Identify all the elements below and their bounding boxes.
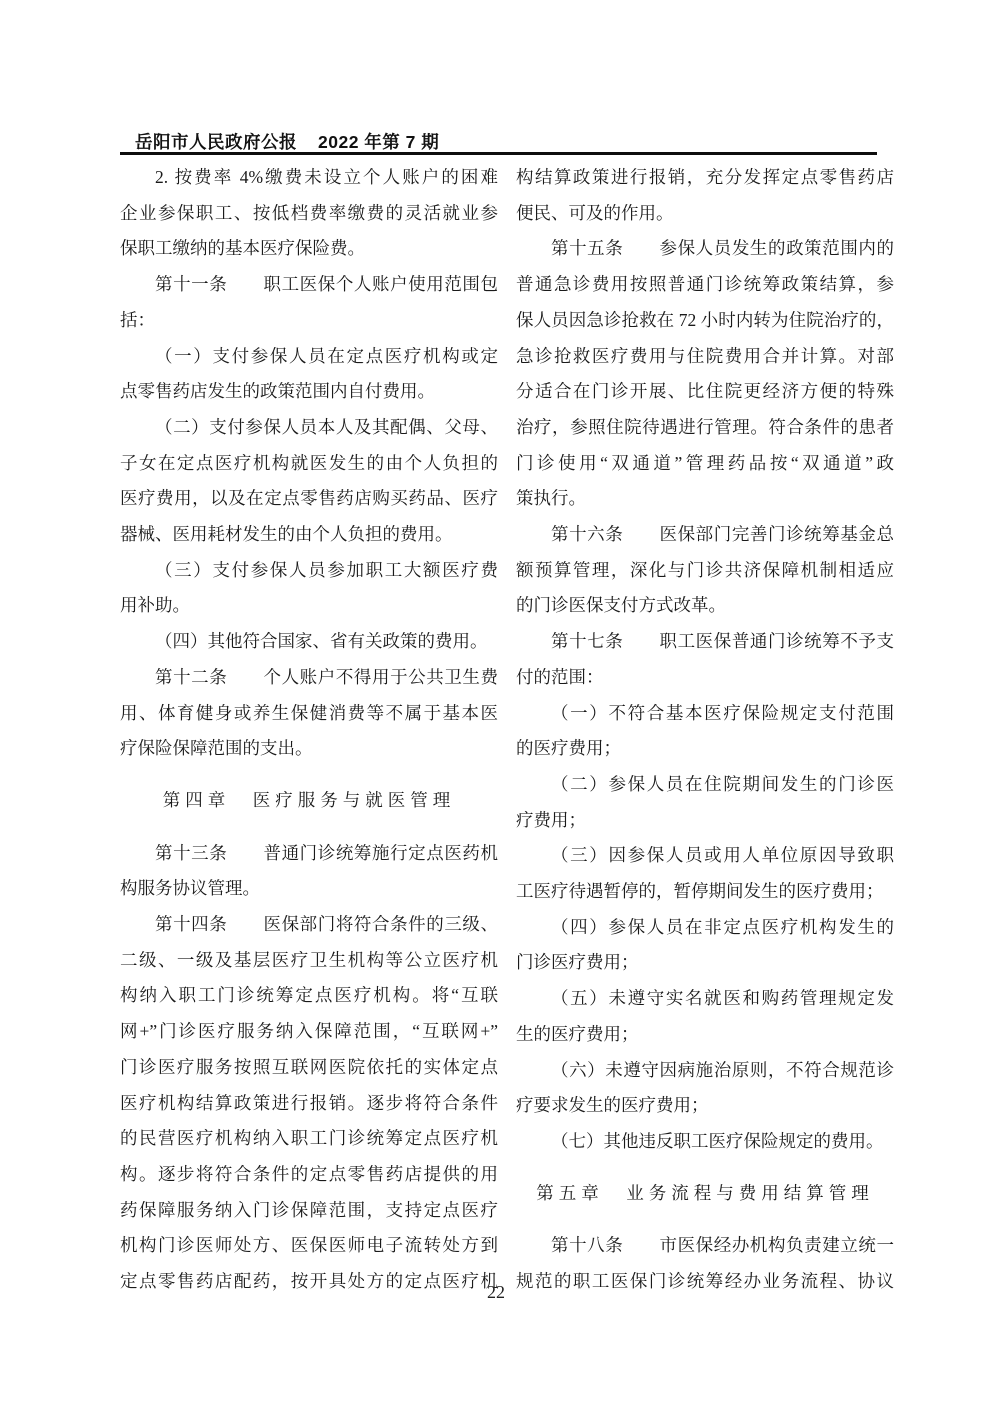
text-line: （五）未遵守实名就医和购药管理规定发 xyxy=(516,981,894,1017)
text-line: 2. 按费率 4%缴费未设立个人账户的困难 xyxy=(120,160,498,196)
text-line: 第十六条 医保部门完善门诊统筹基金总 xyxy=(516,517,894,553)
text-line: （二）参保人员在住院期间发生的门诊医 xyxy=(516,767,894,803)
chapter-heading: 第四章 医疗服务与就医管理 xyxy=(120,783,498,819)
text-line: 门诊使用“双通道”管理药品按“双通道”政 xyxy=(516,446,894,482)
text-line: 门诊医疗费用； xyxy=(516,945,894,981)
text-line: 网+”门诊医疗服务纳入保障范围，“互联网+” xyxy=(120,1014,498,1050)
text-line: 分适合在门诊开展、比住院更经济方便的特殊 xyxy=(516,374,894,410)
text-line: 第十三条 普通门诊统筹施行定点医药机 xyxy=(120,836,498,872)
text-line: （三）支付参保人员参加职工大额医疗费 xyxy=(120,553,498,589)
text-line: （四）参保人员在非定点医疗机构发生的 xyxy=(516,910,894,946)
page-footer: 22 xyxy=(0,1282,992,1303)
text-line: 治疗，参照住院待遇进行管理。符合条件的患者 xyxy=(516,410,894,446)
text-line: 保职工缴纳的基本医疗保险费。 xyxy=(120,231,498,267)
text-line: 生的医疗费用； xyxy=(516,1017,894,1053)
text-line: 第十五条 参保人员发生的政策范围内的 xyxy=(516,231,894,267)
text-line: 构纳入职工门诊统筹定点医疗机构。将“互联 xyxy=(120,978,498,1014)
text-line: 二级、一级及基层医疗卫生机构等公立医疗机 xyxy=(120,943,498,979)
text-line: 构。逐步将符合条件的定点零售药店提供的用 xyxy=(120,1157,498,1193)
text-line: 疗费用； xyxy=(516,803,894,839)
text-line: （四）其他符合国家、省有关政策的费用。 xyxy=(120,624,498,660)
text-line: 的民营医疗机构纳入职工门诊统筹定点医疗机 xyxy=(120,1121,498,1157)
text-line: 付的范围： xyxy=(516,660,894,696)
text-line: （七）其他违反职工医疗保险规定的费用。 xyxy=(516,1124,894,1160)
text-line: 策执行。 xyxy=(516,481,894,517)
text-line: 器械、医用耗材发生的由个人负担的费用。 xyxy=(120,517,498,553)
text-line: 的医疗费用； xyxy=(516,731,894,767)
text-line: 企业参保职工、按低档费率缴费的灵活就业参 xyxy=(120,196,498,232)
text-line: 保人员因急诊抢救在 72 小时内转为住院治疗的， xyxy=(516,303,894,339)
text-line: 便民、可及的作用。 xyxy=(516,196,894,232)
text-line: 第十四条 医保部门将符合条件的三级、 xyxy=(120,907,498,943)
right-column: 构结算政策进行报销，充分发挥定点零售药店便民、可及的作用。第十五条 参保人员发生… xyxy=(516,160,894,1300)
chapter-heading: 第五章 业务流程与费用结算管理 xyxy=(516,1176,894,1212)
text-line: 第十二条 个人账户不得用于公共卫生费 xyxy=(120,660,498,696)
header-rule xyxy=(120,152,877,155)
page-number: 22 xyxy=(487,1282,505,1302)
text-line: 急诊抢救医疗费用与住院费用合并计算。对部 xyxy=(516,339,894,375)
text-line: 第十八条 市医保经办机构负责建立统一 xyxy=(516,1228,894,1264)
text-line: 疗保险保障范围的支出。 xyxy=(120,731,498,767)
text-line: （一）支付参保人员在定点医疗机构或定 xyxy=(120,339,498,375)
text-line: 构结算政策进行报销，充分发挥定点零售药店 xyxy=(516,160,894,196)
gazette-title: 岳阳市人民政府公报 xyxy=(135,132,297,152)
issue-label: 2022 年第 7 期 xyxy=(318,132,439,152)
text-line: 门诊医疗服务按照互联网医院依托的实体定点 xyxy=(120,1050,498,1086)
text-line: 疗要求发生的医疗费用； xyxy=(516,1088,894,1124)
text-line: 普通急诊费用按照普通门诊统筹政策结算，参 xyxy=(516,267,894,303)
page-header: 岳阳市人民政府公报2022 年第 7 期 xyxy=(135,129,439,154)
text-line: 的门诊医保支付方式改革。 xyxy=(516,588,894,624)
text-line: 第十七条 职工医保普通门诊统筹不予支 xyxy=(516,624,894,660)
text-line: 工医疗待遇暂停的，暂停期间发生的医疗费用； xyxy=(516,874,894,910)
text-line: 构服务协议管理。 xyxy=(120,871,498,907)
gazette-page: 岳阳市人民政府公报2022 年第 7 期 2. 按费率 4%缴费未设立个人账户的… xyxy=(0,0,992,1403)
text-line: 括： xyxy=(120,303,498,339)
text-line: （一）不符合基本医疗保险规定支付范围 xyxy=(516,696,894,732)
text-line: （二）支付参保人员本人及其配偶、父母、 xyxy=(120,410,498,446)
text-line: 额预算管理，深化与门诊共济保障机制相适应 xyxy=(516,553,894,589)
two-column-body: 2. 按费率 4%缴费未设立个人账户的困难企业参保职工、按低档费率缴费的灵活就业… xyxy=(120,160,894,1300)
text-line: 用、体育健身或养生保健消费等不属于基本医 xyxy=(120,696,498,732)
text-line: 医疗费用，以及在定点零售药店购买药品、医疗 xyxy=(120,481,498,517)
text-line: 点零售药店发生的政策范围内自付费用。 xyxy=(120,374,498,410)
text-line: （六）未遵守因病施治原则，不符合规范诊 xyxy=(516,1053,894,1089)
text-line: 医疗机构结算政策进行报销。逐步将符合条件 xyxy=(120,1086,498,1122)
text-line: 第十一条 职工医保个人账户使用范围包 xyxy=(120,267,498,303)
text-line: 子女在定点医疗机构就医发生的由个人负担的 xyxy=(120,446,498,482)
text-line: 机构门诊医师处方、医保医师电子流转处方到 xyxy=(120,1228,498,1264)
text-line: 用补助。 xyxy=(120,588,498,624)
left-column: 2. 按费率 4%缴费未设立个人账户的困难企业参保职工、按低档费率缴费的灵活就业… xyxy=(120,160,498,1300)
text-line: 药保障服务纳入门诊保障范围，支持定点医疗 xyxy=(120,1193,498,1229)
text-line: （三）因参保人员或用人单位原因导致职 xyxy=(516,838,894,874)
